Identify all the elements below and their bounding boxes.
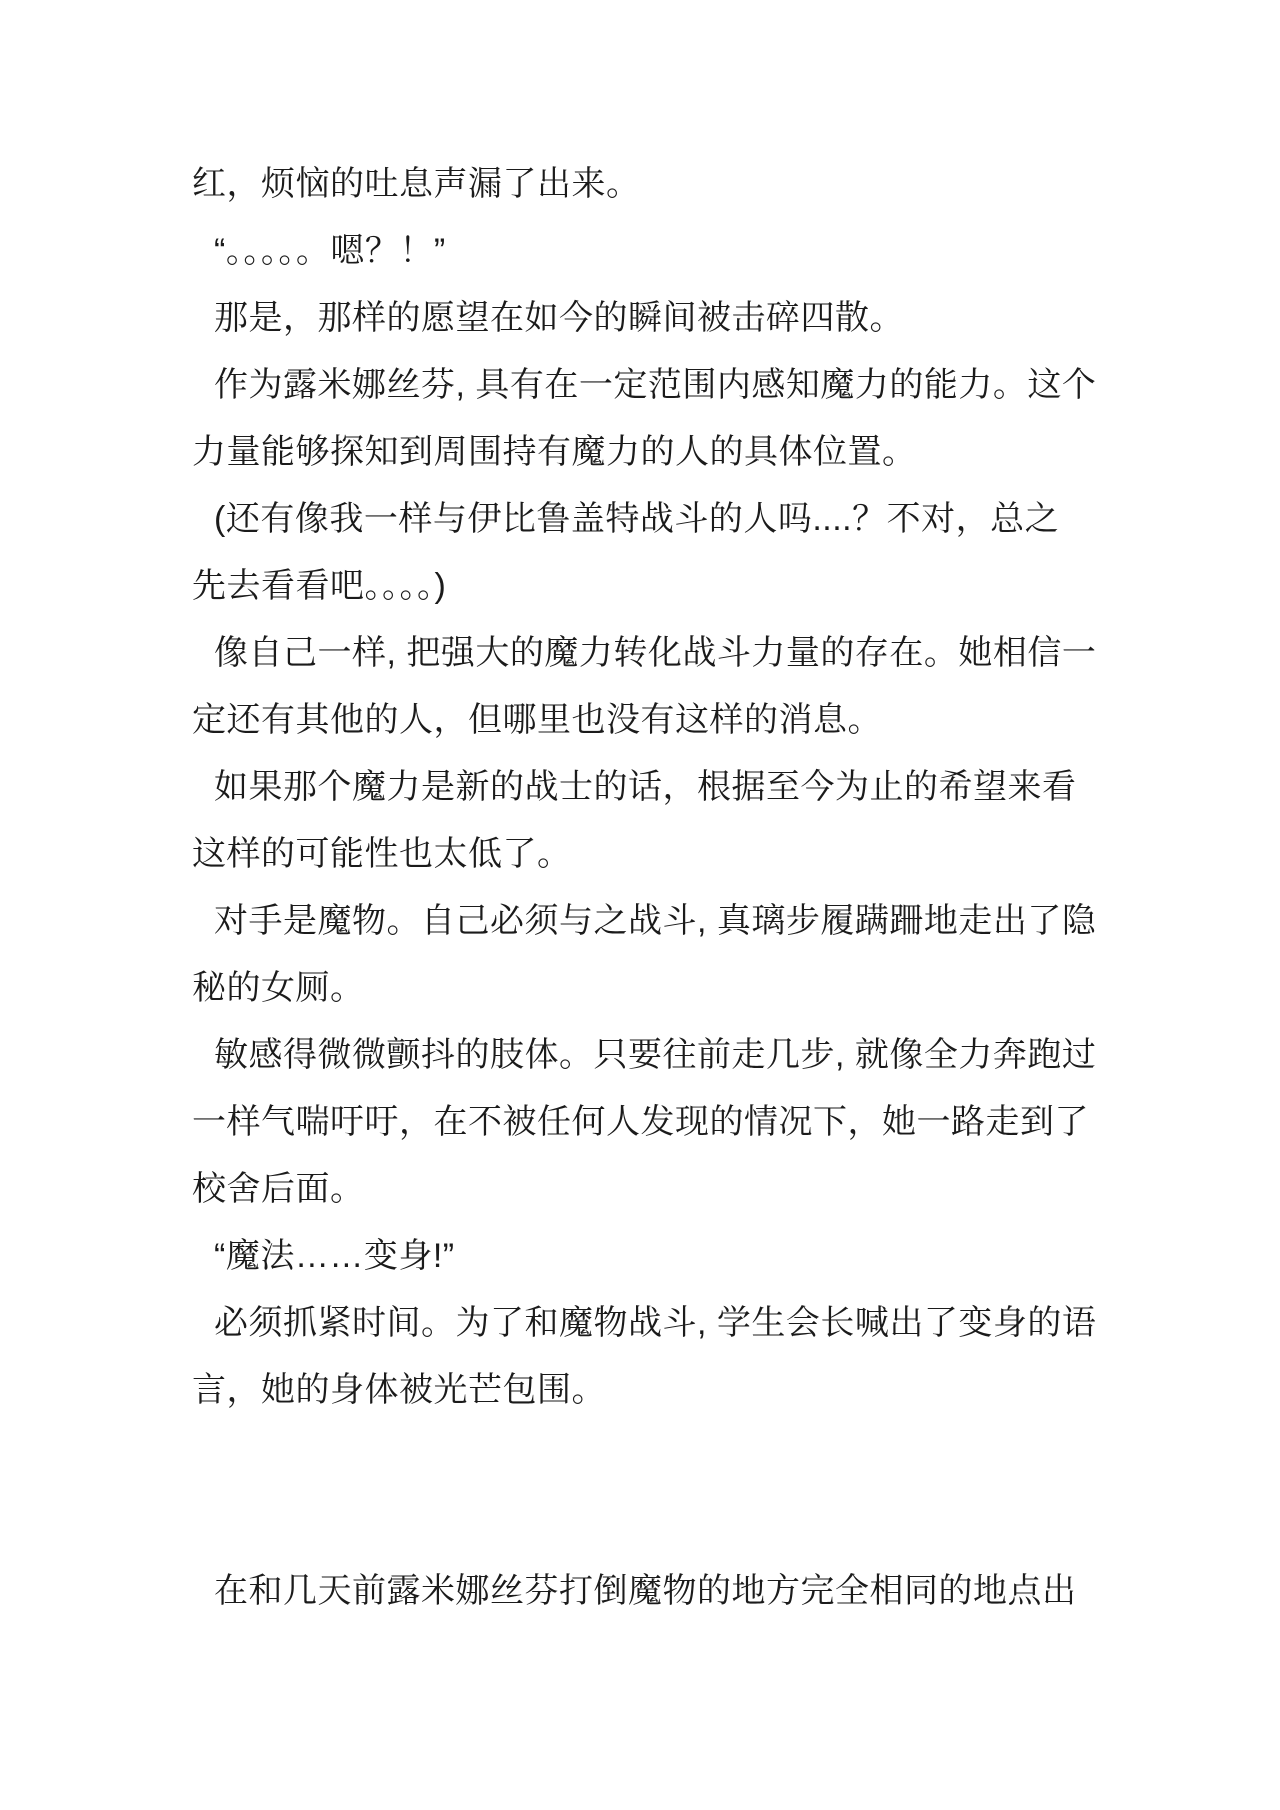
page-text: 红，烦恼的吐息声漏了出来。“。。。。。嗯？！”那是，那样的愿望在如今的瞬间被击碎… <box>192 151 1112 1625</box>
text-line: (还有像我一样与伊比鲁盖特战斗的人吗....？不对，总之 <box>192 486 1112 553</box>
text-line: 敏感得微微颤抖的肢体。只要往前走几步, 就像全力奔跑过 <box>192 1022 1112 1089</box>
text-line: 如果那个魔力是新的战士的话，根据至今为止的希望来看 <box>192 754 1112 821</box>
text-line: 校舍后面。 <box>192 1156 1112 1223</box>
document-page: 红，烦恼的吐息声漏了出来。“。。。。。嗯？！”那是，那样的愿望在如今的瞬间被击碎… <box>0 0 1280 1810</box>
text-line: “。。。。。嗯？！” <box>192 218 1112 285</box>
text-line: 那是，那样的愿望在如今的瞬间被击碎四散。 <box>192 285 1112 352</box>
text-line: 必须抓紧时间。为了和魔物战斗, 学生会长喊出了变身的语 <box>192 1290 1112 1357</box>
text-line <box>192 1424 1112 1491</box>
text-line: 秘的女厕。 <box>192 955 1112 1022</box>
text-line <box>192 1491 1112 1558</box>
text-line: 在和几天前露米娜丝芬打倒魔物的地方完全相同的地点出 <box>192 1558 1112 1625</box>
text-line: 对手是魔物。自己必须与之战斗, 真璃步履蹒跚地走出了隐 <box>192 888 1112 955</box>
text-line: 力量能够探知到周围持有魔力的人的具体位置。 <box>192 419 1112 486</box>
text-line: 一样气喘吁吁，在不被任何人发现的情况下，她一路走到了 <box>192 1089 1112 1156</box>
text-line: “魔法……变身!” <box>192 1223 1112 1290</box>
text-line: 作为露米娜丝芬, 具有在一定范围内感知魔力的能力。这个 <box>192 352 1112 419</box>
text-line: 言，她的身体被光芒包围。 <box>192 1357 1112 1424</box>
text-line: 像自己一样, 把强大的魔力转化战斗力量的存在。她相信一 <box>192 620 1112 687</box>
text-line: 红，烦恼的吐息声漏了出来。 <box>192 151 1112 218</box>
text-line: 先去看看吧。。。。) <box>192 553 1112 620</box>
text-line: 这样的可能性也太低了。 <box>192 821 1112 888</box>
text-line: 定还有其他的人，但哪里也没有这样的消息。 <box>192 687 1112 754</box>
